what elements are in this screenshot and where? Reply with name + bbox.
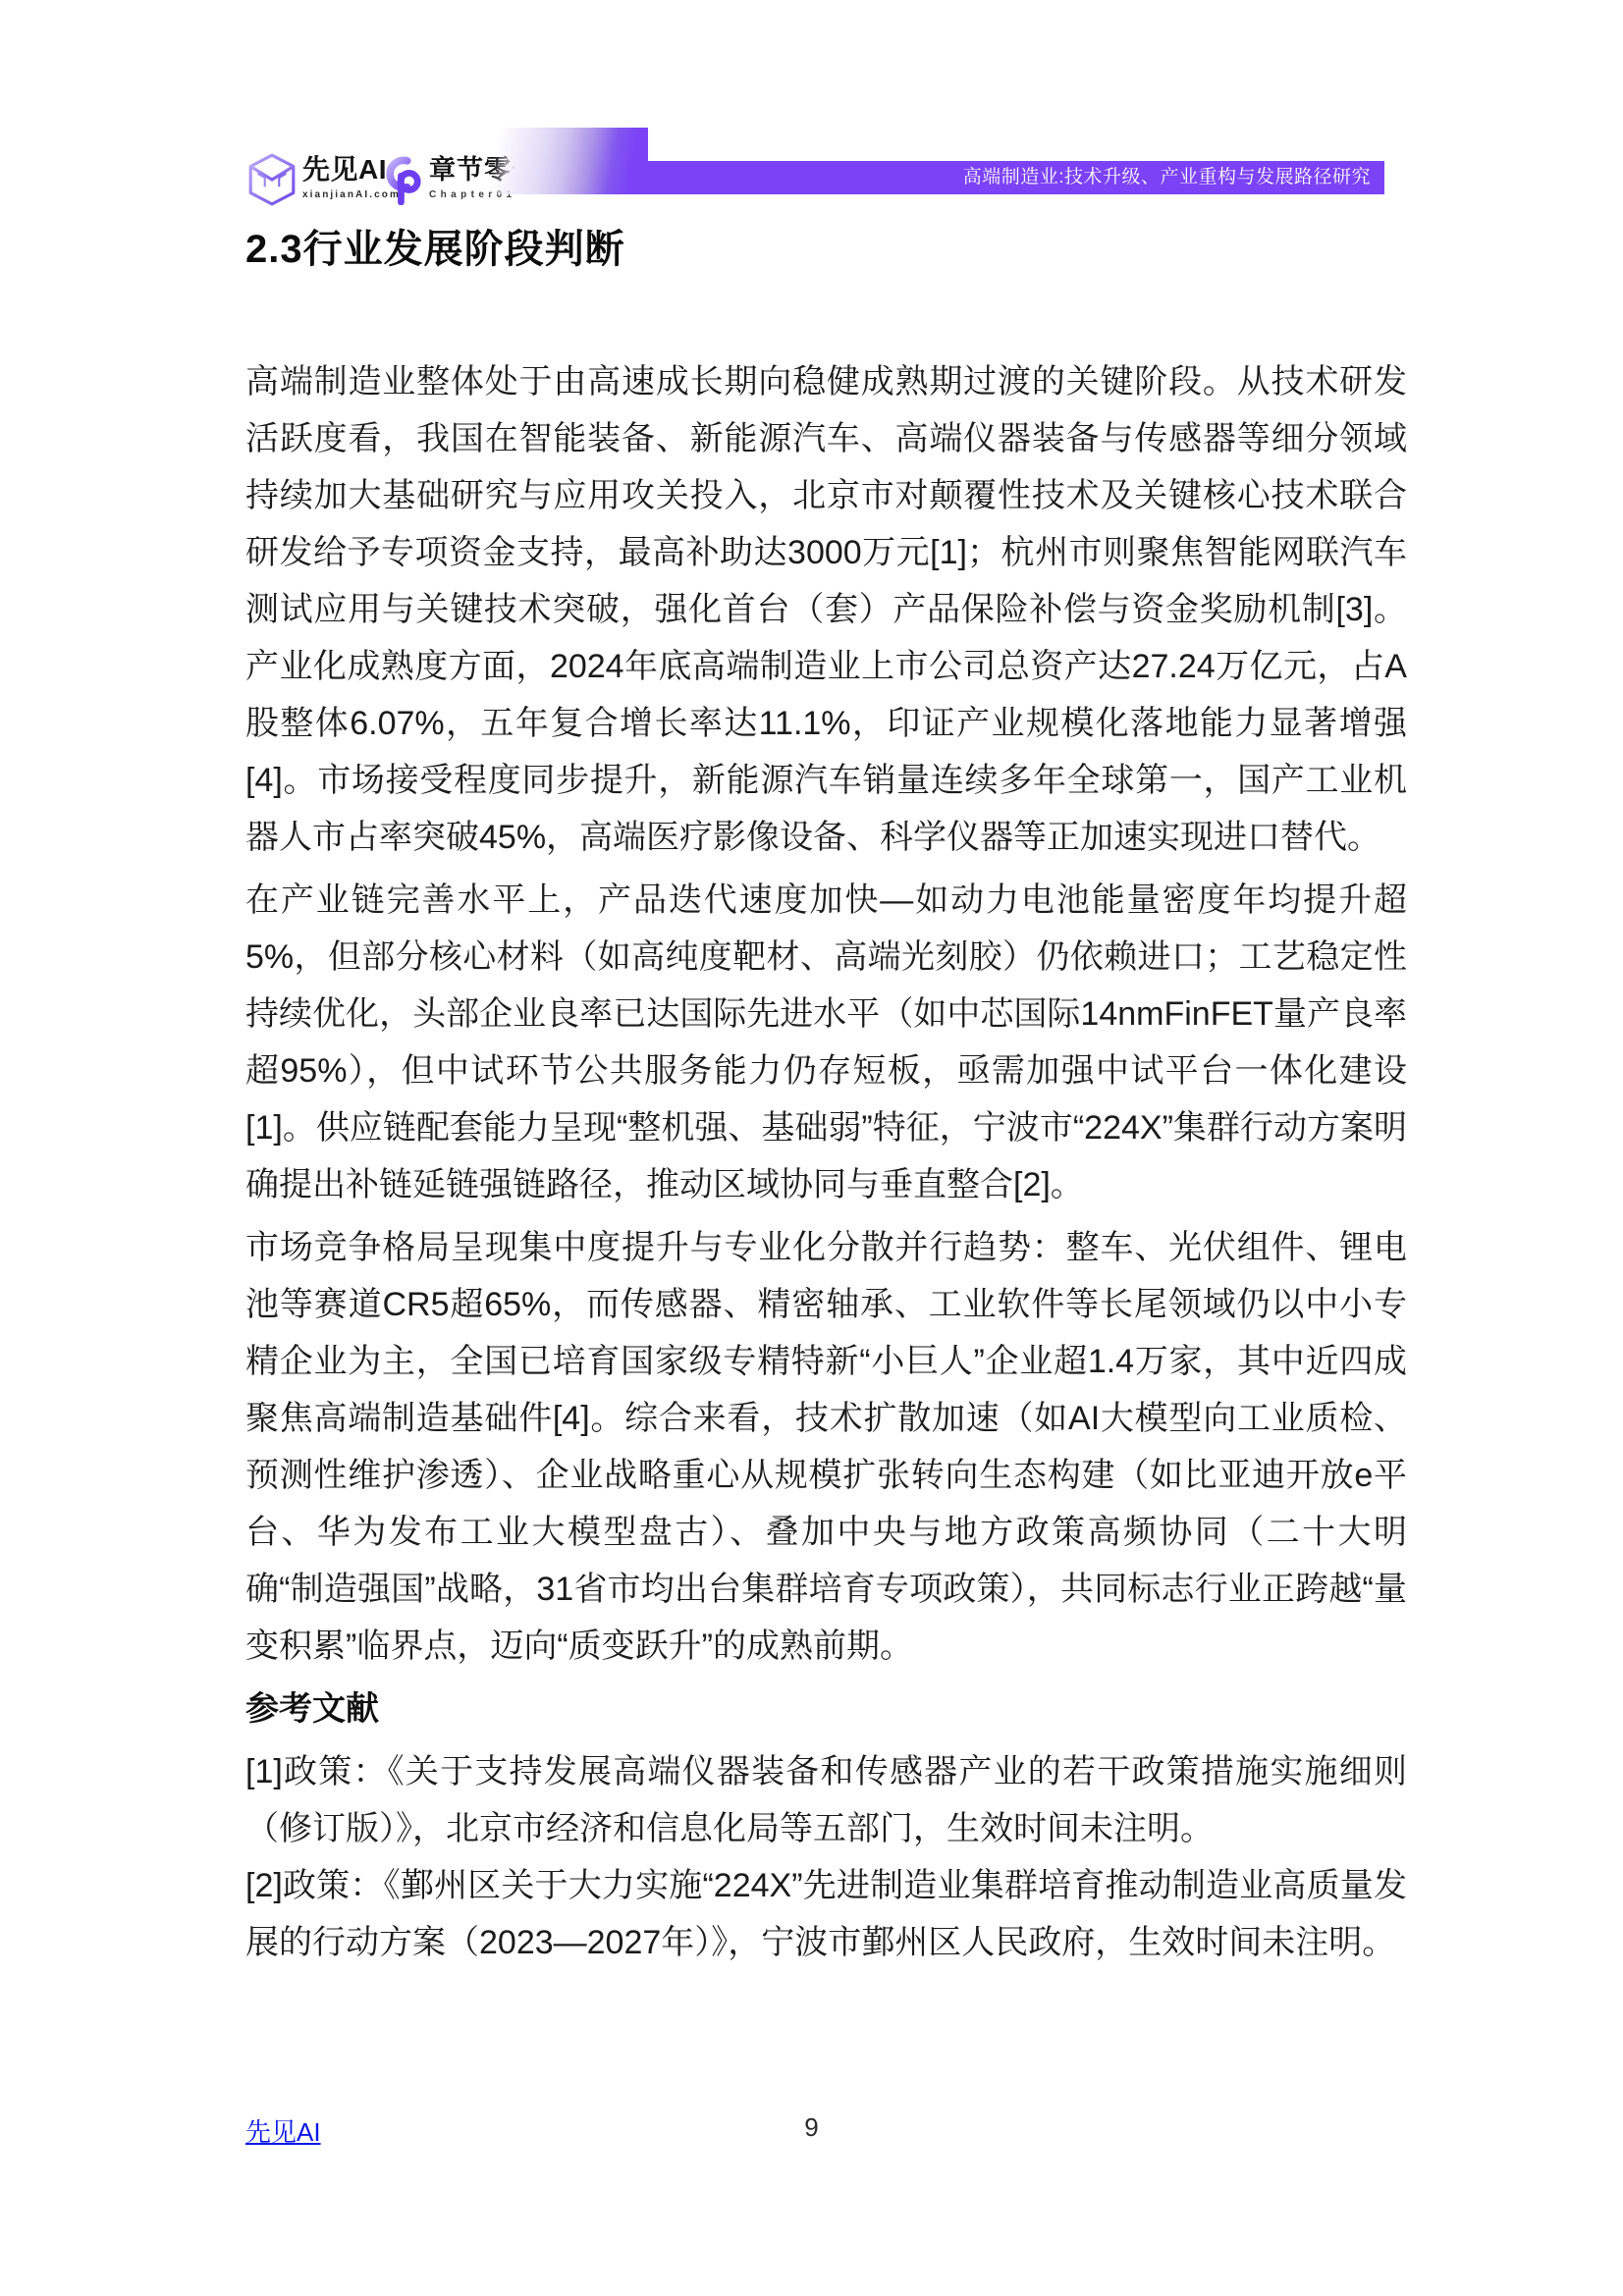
- page-title: 2.3行业发展阶段判断: [245, 218, 625, 274]
- paragraph: 市场竞争格局呈现集中度提升与专业化分散并行趋势：整车、光伏组件、锂电池等赛道CR…: [245, 1219, 1407, 1675]
- reference-item: [2]政策：《鄞州区关于大力实施“224X”先进制造业集群培育推动制造业高质量发…: [245, 1857, 1407, 1971]
- header-banner: 高端制造业:技术升级、产业重构与发展路径研究: [628, 161, 1384, 194]
- body-text: 高端制造业整体处于由高速成长期向稳健成熟期过渡的关键阶段。从技术研发活跃度看，我…: [245, 353, 1407, 1971]
- references-heading: 参考文献: [245, 1681, 1407, 1737]
- footer: 先见AI 9: [0, 2112, 1623, 2152]
- paragraph: 在产业链完善水平上，产品迭代速度加快—如动力电池能量密度年均提升超5%，但部分核…: [245, 872, 1407, 1213]
- paragraph: 高端制造业整体处于由高速成长期向稳健成熟期过渡的关键阶段。从技术研发活跃度看，我…: [245, 353, 1407, 866]
- reference-item: [1]政策：《关于支持发展高端仪器装备和传感器产业的若干政策措施实施细则（修订版…: [245, 1743, 1407, 1857]
- banner-title: 高端制造业:技术升级、产业重构与发展路径研究: [963, 167, 1371, 187]
- page-number: 9: [0, 2112, 1623, 2143]
- document-page: 先见AI xianjianAI.com 章节零一 Chapter01 高端制造业…: [0, 0, 1623, 2296]
- cube-logo-icon: [248, 153, 296, 206]
- cp-logo-icon: [378, 154, 423, 205]
- header-gradient-stripes: [489, 128, 648, 194]
